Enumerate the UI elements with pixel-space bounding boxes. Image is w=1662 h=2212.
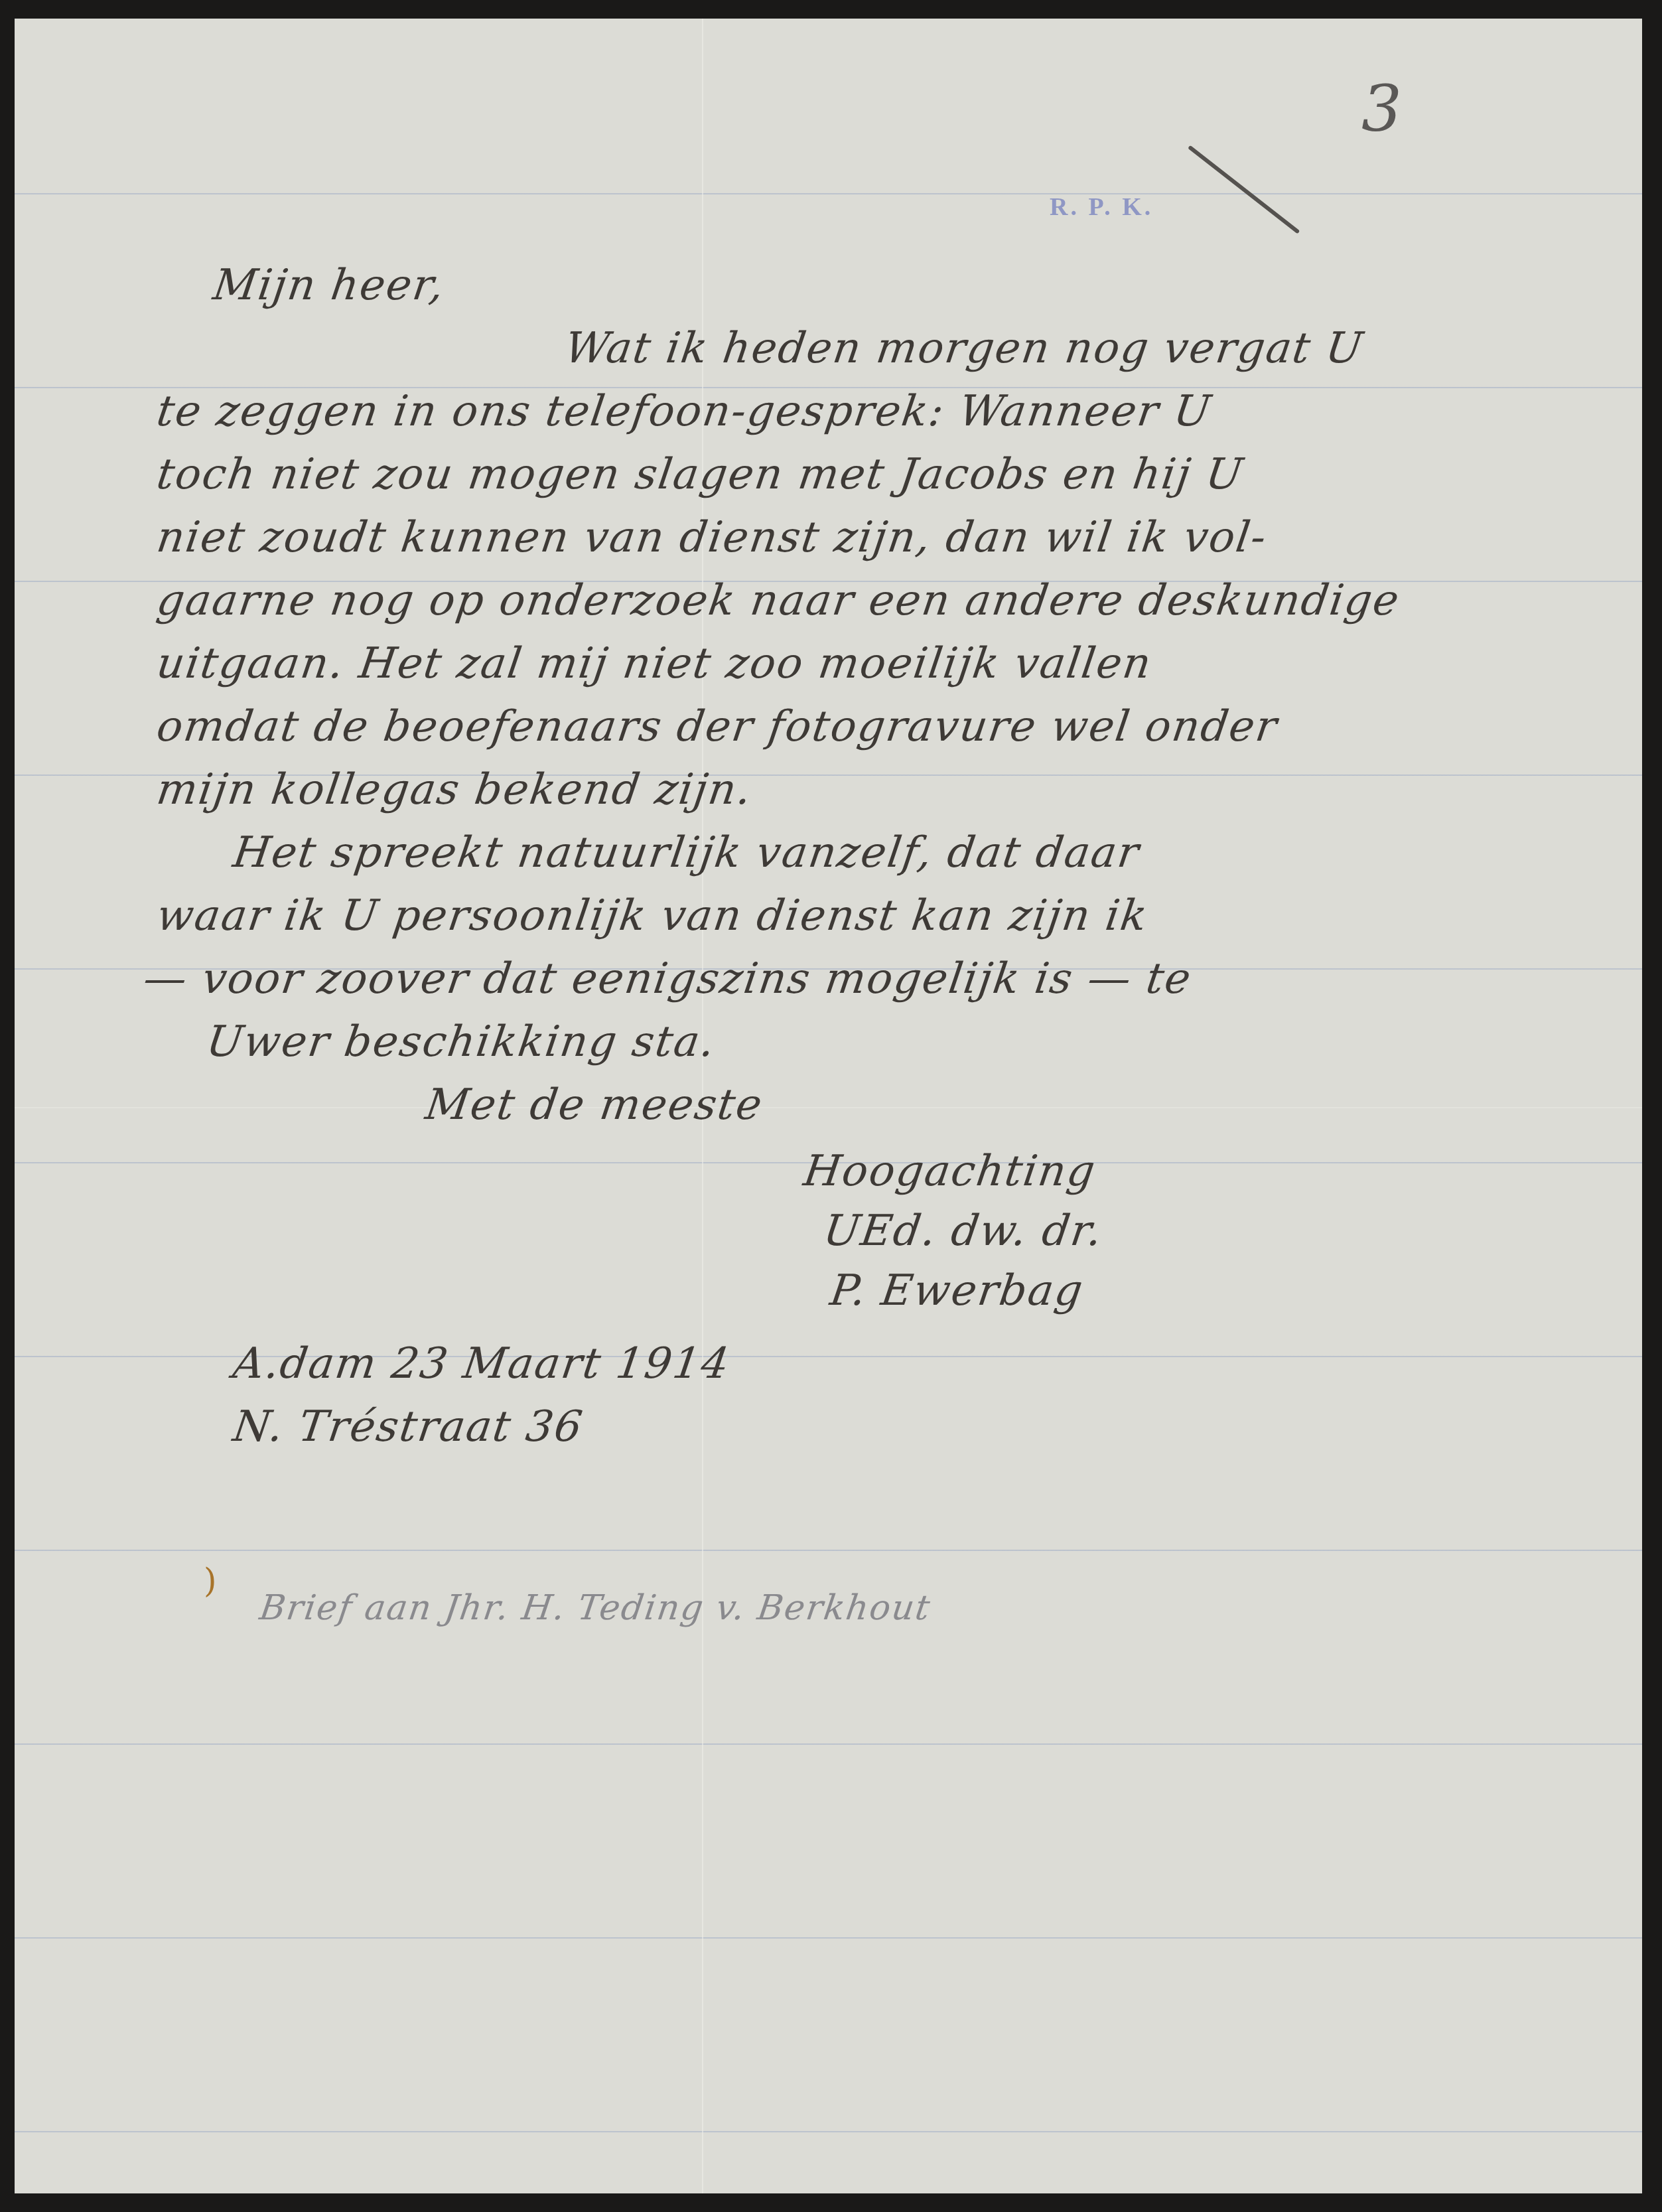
fold-line-horizontal (15, 1107, 1642, 1108)
body-line-2: te zeggen in ons telefoon-gesprek: Wanne… (154, 387, 1215, 436)
body-line-3: toch niet zou mogen slagen met Jacobs en… (154, 450, 1247, 499)
rust-mark: ) (204, 1562, 217, 1600)
body-line-4: niet zoudt kunnen van dienst zijn, dan w… (154, 513, 1271, 562)
closing-line-2: Hoogachting (801, 1147, 1099, 1196)
place-date: A.dam 23 Maart 1914 (230, 1339, 733, 1388)
letter-page: 3 R. P. K. Mijn heer, Wat ik heden morge… (15, 19, 1642, 2193)
body-line-8: mijn kollegas bekend zijn. (154, 765, 756, 814)
page-number-slash (1188, 145, 1300, 234)
body-line-12: Uwer beschikking sta. (204, 1017, 719, 1067)
pencil-annotation: Brief aan Jhr. H. Teding v. Berkhout (257, 1588, 934, 1628)
closing-line-1: Met de meeste (423, 1080, 766, 1130)
salutation: Mijn heer, (210, 261, 449, 310)
body-line-5: gaarne nog op onderzoek naar een andere … (154, 576, 1403, 625)
body-line-10: waar ik U persoonlijk van dienst kan zij… (154, 891, 1151, 940)
body-line-1: Wat ik heden morgen nog vergat U (562, 324, 1367, 373)
body-line-11: — voor zoover dat eenigszins mogelijk is… (141, 954, 1195, 1003)
page-number: 3 (1361, 72, 1402, 146)
address: N. Tréstraat 36 (230, 1402, 587, 1451)
closing-line-3: UEd. dw. dr. (821, 1207, 1106, 1256)
body-line-6: uitgaan. Het zal mij niet zoo moeilijk v… (154, 639, 1155, 688)
rpk-stamp: R. P. K. (1050, 192, 1153, 222)
body-line-9: Het spreekt natuurlijk vanzelf, dat daar (230, 828, 1143, 877)
body-line-7: omdat de beoefenaars der fotogravure wel… (154, 702, 1281, 751)
signature: P. Ewerbag (827, 1266, 1087, 1315)
